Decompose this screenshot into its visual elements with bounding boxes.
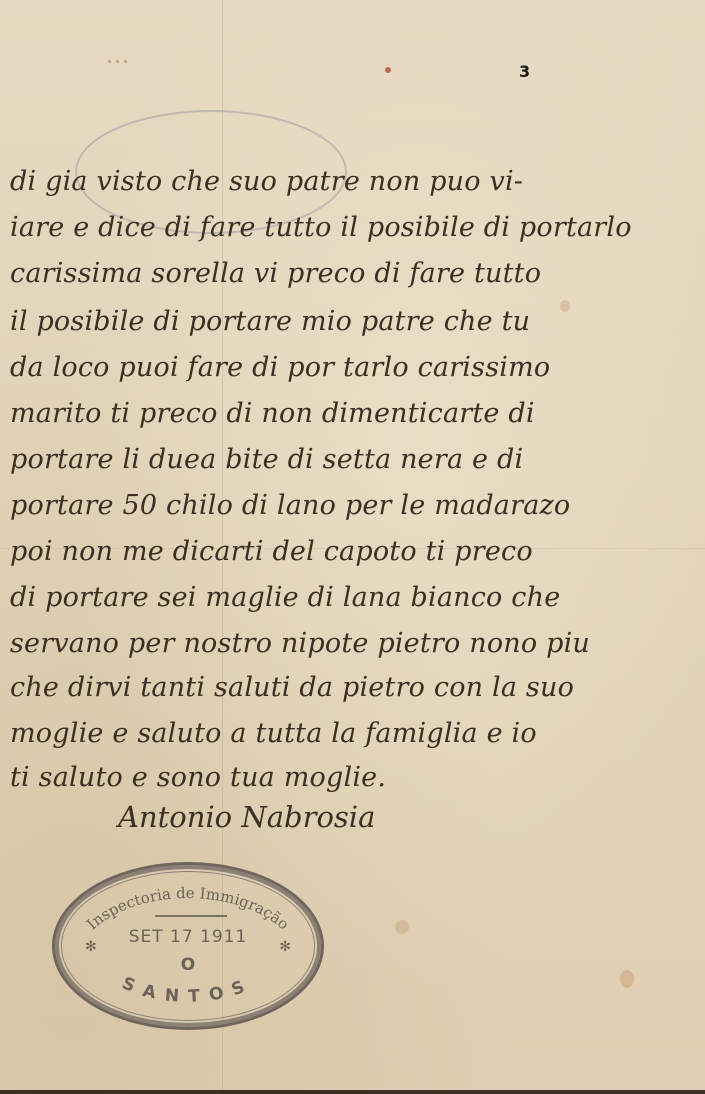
stain-spot bbox=[620, 970, 634, 988]
immigration-stamp: Inspectoria de Immigração SANTOS SET 17 … bbox=[52, 862, 324, 1030]
letter-line-12: che dirvi tanti saluti da pietro con la … bbox=[10, 672, 574, 703]
page-mark: 3 bbox=[519, 62, 530, 81]
stamp-divider bbox=[155, 915, 227, 917]
stain-speck bbox=[116, 60, 119, 63]
letter-line-6: marito ti preco di non dimenticarte di bbox=[10, 398, 535, 429]
signature: Antonio Nabrosia bbox=[118, 800, 375, 834]
svg-text:SANTOS: SANTOS bbox=[119, 973, 257, 1007]
letter-line-7: portare li duea bite di setta nera e di bbox=[10, 444, 523, 475]
letter-line-10: di portare sei maglie di lana bianco che bbox=[10, 582, 560, 613]
stain-spot bbox=[395, 920, 409, 934]
letter-line-3: carissima sorella vi preco di fare tutto bbox=[10, 258, 541, 289]
letter-line-13: moglie e saluto a tutta la famiglia e io bbox=[10, 718, 537, 749]
letter-page: 3 di gia visto che suo patre non puo vi-… bbox=[0, 0, 705, 1090]
letter-line-8: portare 50 chilo di lano per le madarazo bbox=[10, 490, 570, 521]
letter-line-1: di gia visto che suo patre non puo vi- bbox=[10, 166, 523, 197]
stain-speck bbox=[108, 60, 111, 63]
letter-line-2: iare e dice di fare tutto il posibile di… bbox=[10, 212, 632, 243]
letter-line-11: servano per nostro nipote pietro nono pi… bbox=[10, 628, 590, 659]
stain-spot bbox=[560, 300, 570, 312]
letter-line-4: il posibile di portare mio patre che tu bbox=[10, 306, 530, 337]
letter-line-5: da loco puoi fare di por tarlo carissimo bbox=[10, 352, 550, 383]
asterisk-ornament-icon: ✻ bbox=[279, 939, 291, 955]
svg-text:Inspectoria de Immigração: Inspectoria de Immigração bbox=[83, 884, 293, 933]
asterisk-ornament-icon: ✻ bbox=[85, 939, 97, 955]
scan-bottom-edge bbox=[0, 1090, 705, 1094]
stain-speck bbox=[124, 60, 127, 63]
letter-line-14: ti saluto e sono tua moglie. bbox=[10, 762, 386, 793]
stain-speck bbox=[385, 67, 391, 73]
letter-line-9: poi non me dicarti del capoto ti preco bbox=[10, 536, 533, 567]
stamp-center-mark: O bbox=[55, 955, 321, 975]
